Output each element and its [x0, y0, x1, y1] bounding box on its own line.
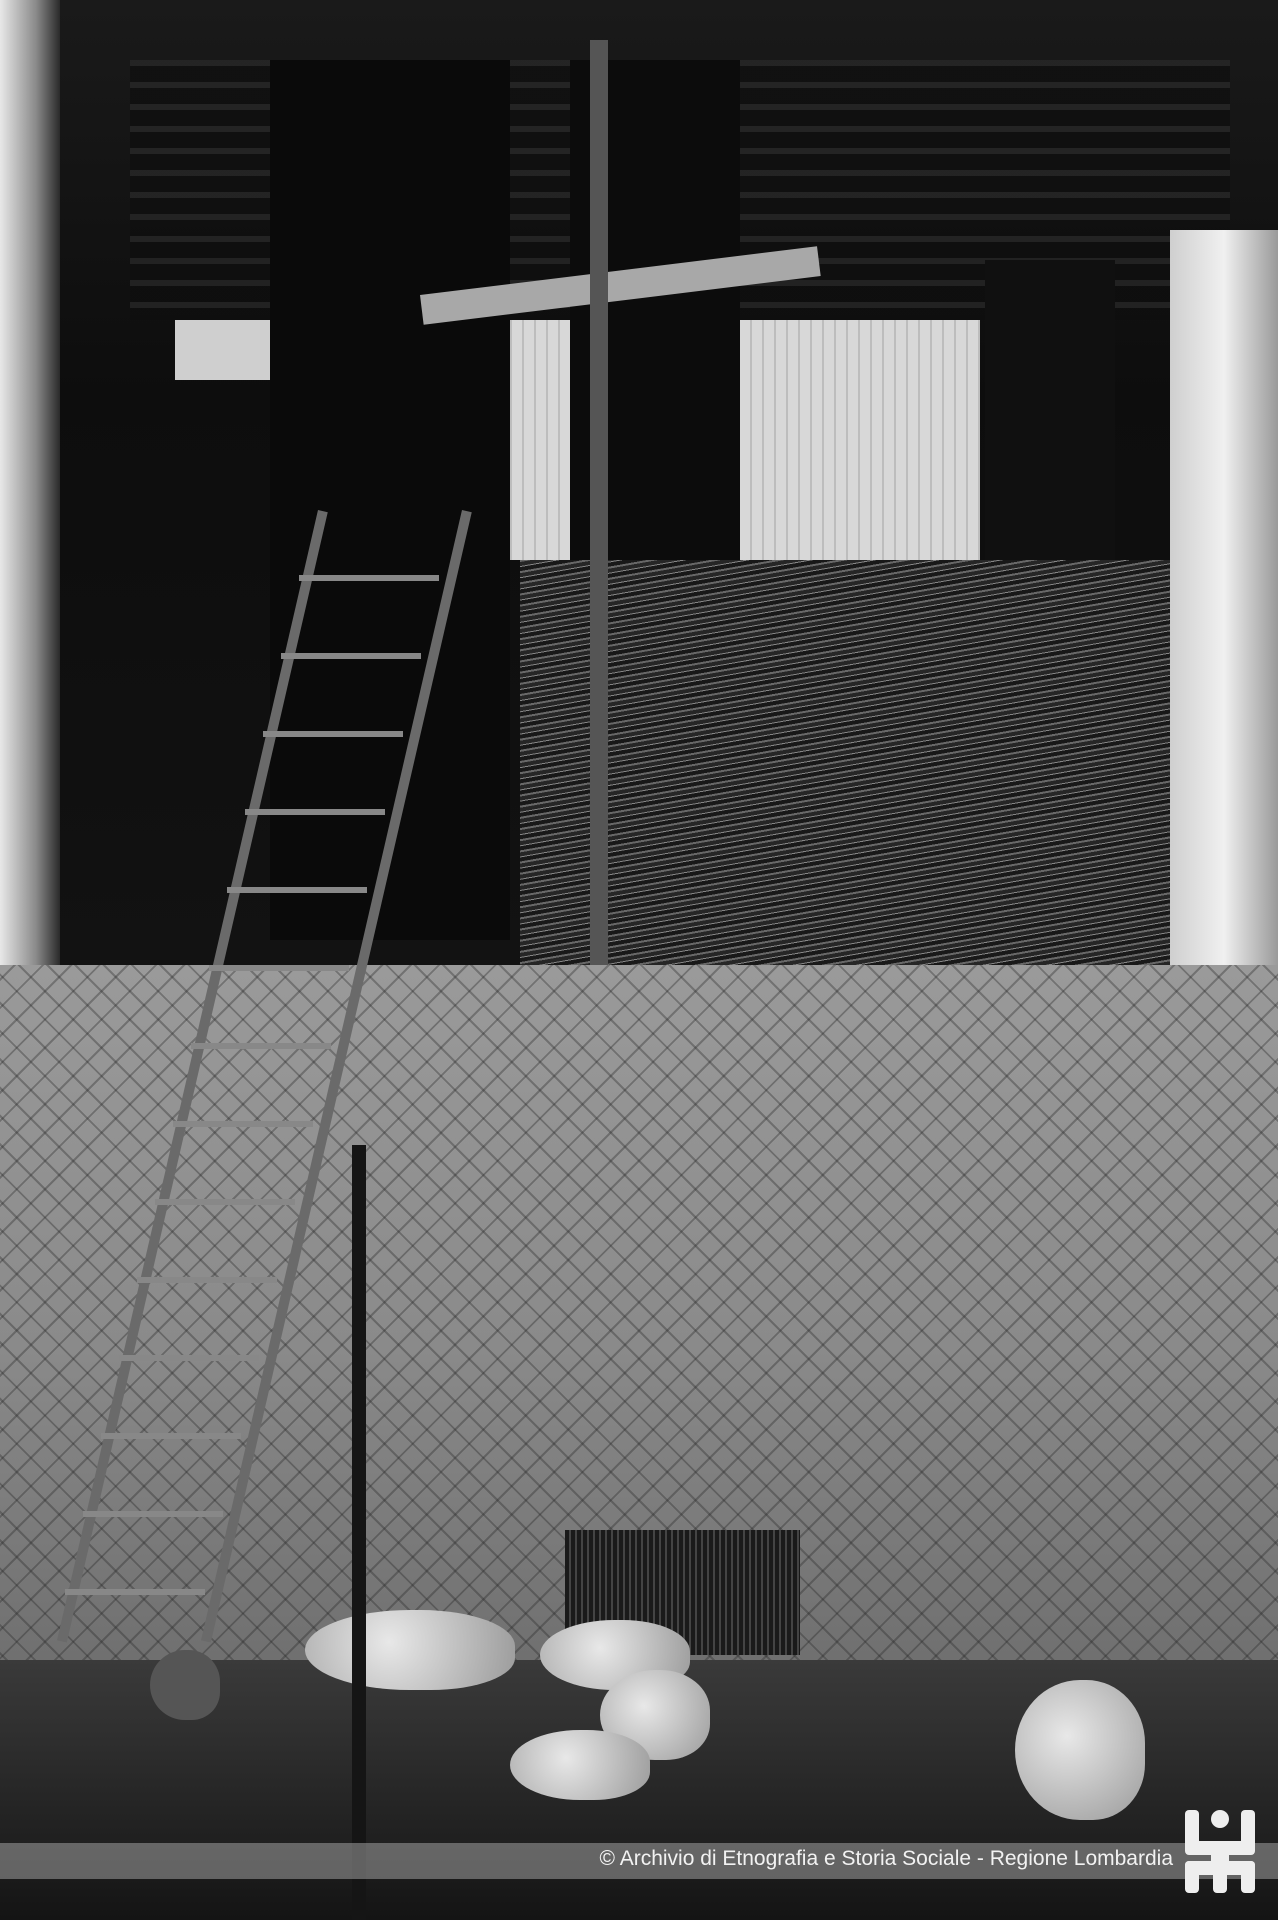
- ladder-rung: [227, 887, 367, 893]
- ladder-rung: [155, 1199, 295, 1205]
- ladder-rung: [119, 1355, 259, 1361]
- ladder-rung: [173, 1121, 313, 1127]
- stone-pillar-left: [0, 0, 60, 980]
- dark-post: [985, 260, 1115, 590]
- dark-post: [270, 60, 510, 940]
- copyright-watermark: © Archivio di Etnografia e Storia Social…: [600, 1847, 1173, 1871]
- ladder-rung: [191, 1043, 331, 1049]
- light-opening: [175, 320, 270, 380]
- ladder-rung: [101, 1433, 241, 1439]
- ladder-rung: [299, 575, 439, 581]
- brushwood-pile: [520, 560, 1180, 970]
- ladder-rung: [65, 1589, 205, 1595]
- photo-canvas: © Archivio di Etnografia e Storia Social…: [0, 0, 1278, 1920]
- ladder-rung: [209, 965, 349, 971]
- wooden-pole: [590, 40, 608, 970]
- aess-logo-icon: [1183, 1805, 1257, 1895]
- stone-pillar-right: [1170, 230, 1278, 980]
- hen: [305, 1610, 515, 1690]
- hen: [1015, 1680, 1145, 1820]
- ladder-rung: [83, 1511, 223, 1517]
- ladder-rung: [137, 1277, 277, 1283]
- fence-post: [352, 1145, 366, 1920]
- ladder-rung: [281, 653, 421, 659]
- ladder-rung: [245, 809, 385, 815]
- hen: [150, 1650, 220, 1720]
- ladder-rung: [263, 731, 403, 737]
- hen: [510, 1730, 650, 1800]
